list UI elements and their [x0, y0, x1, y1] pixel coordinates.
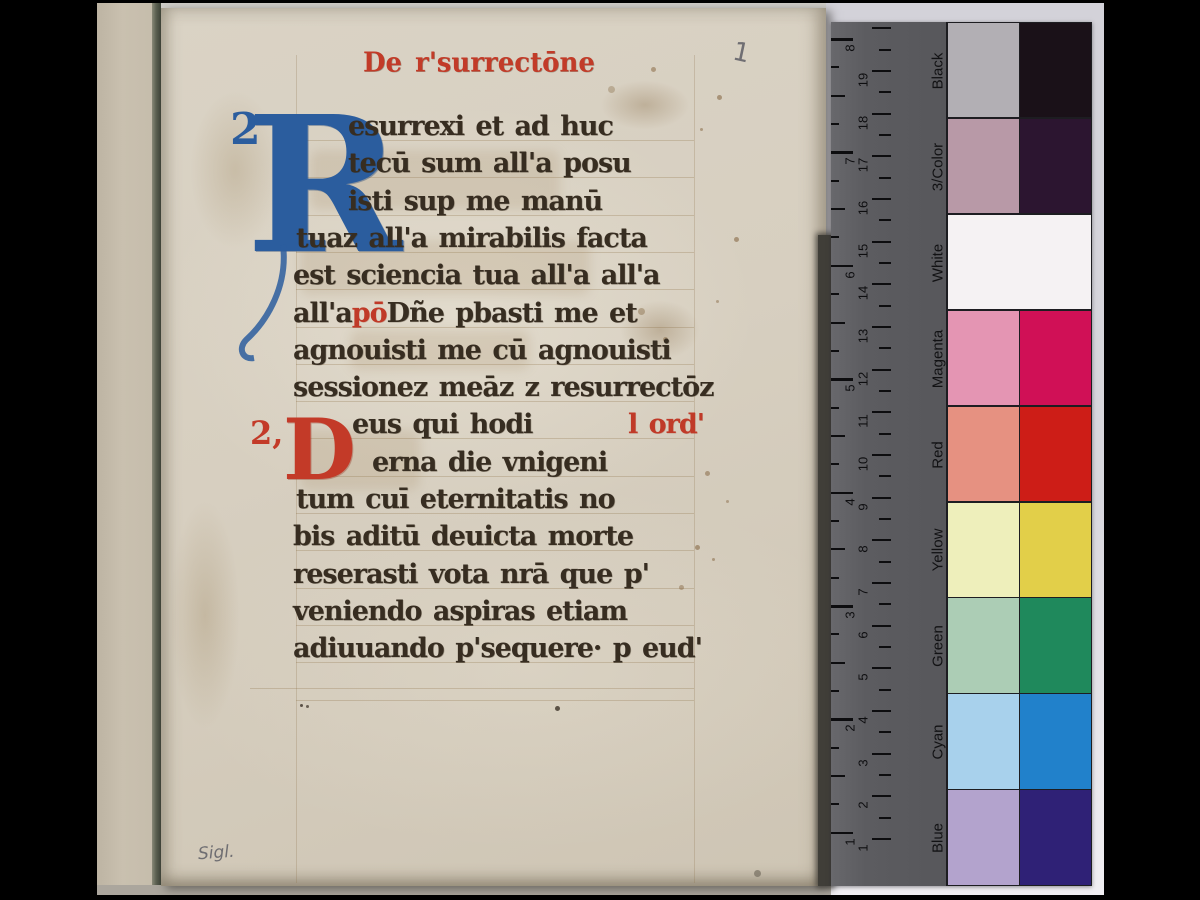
ruler-tick [831, 322, 845, 324]
ruler-tick [872, 753, 891, 755]
patch-3-color-dim [948, 119, 1019, 213]
cm-number-text: 15 [856, 243, 871, 257]
rubricated-text: pō [352, 298, 387, 329]
ruler-tick [831, 435, 845, 437]
ruler-tick [831, 520, 839, 522]
frame-bottom [0, 895, 1200, 900]
vertical-ruling [694, 55, 695, 883]
ruler-tick [831, 718, 853, 721]
manuscript-line: tuaz all'a mirabilis facta [296, 223, 647, 254]
ruler-tick [831, 775, 845, 777]
ruler-tick [872, 539, 891, 541]
ruler-tick [831, 66, 839, 68]
page-edge-shadow [818, 235, 832, 886]
ruler-tick [872, 70, 891, 72]
horizontal-ruling [250, 688, 694, 689]
ruler-tick [831, 123, 839, 125]
ruler-tick [831, 577, 839, 579]
ruler-tick [879, 561, 891, 563]
ruler-tick [879, 646, 891, 648]
ink-text: agnouisti me cū agnouisti [293, 335, 671, 366]
manuscript-line: esurrexi et ad huc [348, 111, 613, 142]
ruler-tick [872, 326, 891, 328]
manuscript-photo: De r'surrectōne 1 2 2, R D esurrexi et a… [0, 0, 1200, 900]
patch-label-magenta-text: Magenta [930, 329, 947, 387]
ruler-tick [879, 689, 891, 691]
ink-text: erna die vnigeni [372, 447, 607, 478]
ruler-tick [831, 662, 845, 664]
inch-number-text: 2 [843, 725, 858, 732]
patch-green-dim [948, 598, 1019, 692]
ink-text: tuaz all'a mirabilis facta [296, 223, 647, 254]
margin-numeral-red: 2, [250, 414, 283, 452]
ruler-tick [831, 407, 839, 409]
ruler-tick [872, 155, 891, 157]
ruler-tick [879, 91, 891, 93]
patch-red-dim [948, 407, 1019, 501]
ruler-tick [831, 208, 845, 210]
cm-number-text: 4 [856, 716, 871, 723]
frame-right [1104, 0, 1200, 900]
manuscript-line: bis aditū deuicta morte [293, 521, 633, 552]
patch-label-white-text: White [930, 244, 947, 282]
patch-label-red-text: Red [930, 441, 947, 469]
ruler-tick [872, 625, 891, 627]
ruler-tick [872, 369, 891, 371]
patch-yellow-dim [948, 503, 1019, 597]
manuscript-line: veniendo aspiras etiam [293, 596, 627, 627]
rubricated-text: l ord' [628, 409, 704, 440]
pencil-inscription: Sigl. [197, 842, 235, 864]
patch-label-green-text: Green [930, 625, 947, 667]
ruler-tick [831, 95, 845, 97]
cm-number-text: 7 [856, 588, 871, 595]
manuscript-line: agnouisti me cū agnouisti [293, 335, 671, 366]
cm-number-text: 16 [856, 201, 871, 215]
ink-text: adiuuando p'sequere· p eud' [293, 633, 702, 664]
ruler-tick [831, 548, 845, 550]
ruler-tick [831, 378, 853, 381]
cm-number-text: 19 [856, 73, 871, 87]
ruler-tick [872, 582, 891, 584]
ruler-tick [831, 605, 853, 608]
ink-text: isti sup me manū [348, 186, 602, 217]
frame-left [0, 0, 97, 900]
patch-red-bright [1020, 407, 1091, 501]
cm-number-text: 1 [856, 844, 871, 851]
ink-text: sessionez meāz z resurrectōz [293, 372, 713, 403]
manuscript-line: sessionez meāz z resurrectōz [293, 372, 713, 403]
ruler-tick [879, 219, 891, 221]
ruler-tick [872, 710, 891, 712]
ruler-tick [879, 49, 891, 51]
ruler-tick [872, 454, 891, 456]
ink-text: Dñe pbasti me et [387, 298, 637, 329]
manuscript-line: reserasti vota nrā que p' [293, 559, 649, 590]
cm-number-text: 11 [856, 415, 871, 429]
manuscript-line: tum cuī eternitatis no [296, 484, 615, 515]
cm-number-text: 14 [856, 286, 871, 300]
ruler-tick [879, 603, 891, 605]
inch-number-text: 3 [843, 611, 858, 618]
manuscript-line: erna die vnigeni [372, 447, 607, 478]
ruler-tick [831, 38, 853, 41]
ruler-tick [831, 492, 853, 495]
ink-text: esurrexi et ad huc [348, 111, 613, 142]
ink-text: reserasti vota nrā que p' [293, 559, 649, 590]
ruler-tick [872, 283, 891, 285]
patch-label-cyan-text: Cyan [930, 725, 947, 760]
ruler-tick [831, 151, 853, 154]
manuscript-line: adiuuando p'sequere· p eud' [293, 633, 702, 664]
cm-number-text: 6 [856, 631, 871, 638]
horizontal-ruling [296, 700, 694, 701]
ruler-tick [831, 747, 839, 749]
patch-white [948, 215, 1091, 309]
ruler-tick [879, 475, 891, 477]
manuscript-line: all'a pō Dñe pbasti me et [293, 298, 637, 329]
ruler-tick [879, 774, 891, 776]
patch-3-color-bright [1020, 119, 1091, 213]
ruler-tick [872, 795, 891, 797]
ruler-tick [831, 832, 853, 835]
ruler-tick [879, 134, 891, 136]
cm-number-text: 18 [856, 115, 871, 129]
patch-label-blue-text: Blue [930, 823, 947, 853]
patch-label-yellow-text: Yellow [930, 529, 947, 572]
ruler-tick [831, 236, 839, 238]
ruler-tick [872, 241, 891, 243]
ink-text: tecū sum all'a posu [348, 148, 631, 179]
ruler-tick [879, 518, 891, 520]
ruler-tick [879, 390, 891, 392]
cm-number-text: 13 [856, 329, 871, 343]
frame-top [0, 0, 1200, 3]
patch-magenta-dim [948, 311, 1019, 405]
ink-text: all'a [293, 298, 352, 329]
ruler-tick [831, 350, 839, 352]
manuscript-line: tecū sum all'a posu [348, 148, 631, 179]
patch-black-dim [948, 23, 1019, 117]
ink-text: est sciencia tua all'a all'a [293, 260, 659, 291]
ruler-tick [879, 433, 891, 435]
inch-number-text: 8 [843, 44, 858, 51]
cm-number-text: 2 [856, 802, 871, 809]
patch-cyan-dim [948, 694, 1019, 788]
patch-magenta-bright [1020, 311, 1091, 405]
page-gutter-edge [152, 3, 161, 895]
ruler-tick [879, 305, 891, 307]
manuscript-line: isti sup me manū [348, 186, 602, 217]
inch-number-text: 6 [843, 271, 858, 278]
surface-below-page [97, 885, 831, 895]
patch-cyan-bright [1020, 694, 1091, 788]
ruler-tick [879, 817, 891, 819]
cm-number-text: 12 [856, 371, 871, 385]
stain [600, 80, 690, 130]
cm-number-text: 5 [856, 674, 871, 681]
ruler-tick [872, 667, 891, 669]
ruler-tick [831, 265, 853, 268]
ruler-tick [831, 633, 839, 635]
cm-number-text: 3 [856, 759, 871, 766]
ruler-tick [831, 803, 839, 805]
ruler-tick [879, 731, 891, 733]
ruler-tick [872, 497, 891, 499]
patch-black-bright [1020, 23, 1091, 117]
ruler-tick [872, 838, 891, 840]
ruler-tick [831, 180, 839, 182]
cm-number-text: 10 [856, 457, 871, 471]
ruler-tick [872, 27, 891, 29]
cm-number-text: 17 [856, 158, 871, 172]
ruler-tick [872, 198, 891, 200]
illuminated-initial-D: D [283, 408, 356, 492]
ruler-tick [831, 690, 839, 692]
ruler-tick [831, 463, 839, 465]
patch-label-black-text: Black [930, 53, 947, 90]
ink-text: veniendo aspiras etiam [293, 596, 627, 627]
ruler-tick [872, 411, 891, 413]
patch-blue-bright [1020, 790, 1091, 884]
stain [170, 500, 240, 730]
patch-yellow-bright [1020, 503, 1091, 597]
ink-text: bis aditū deuicta morte [293, 521, 633, 552]
patch-blue-dim [948, 790, 1019, 884]
manuscript-line: eus qui hodil ord' [352, 409, 704, 440]
ruler-tick [872, 113, 891, 115]
ruler-tick [879, 177, 891, 179]
patch-green-bright [1020, 598, 1091, 692]
patch-label-3-color-text: 3/Color [930, 143, 947, 191]
ink-text: tum cuī eternitatis no [296, 484, 615, 515]
ruler-tick [831, 293, 839, 295]
cm-number-text: 9 [856, 503, 871, 510]
manuscript-line: est sciencia tua all'a all'a [293, 260, 659, 291]
cm-number-text: 8 [856, 546, 871, 553]
ruler-tick [879, 262, 891, 264]
ruler-tick [879, 347, 891, 349]
ink-text: eus qui hodi [352, 409, 532, 440]
